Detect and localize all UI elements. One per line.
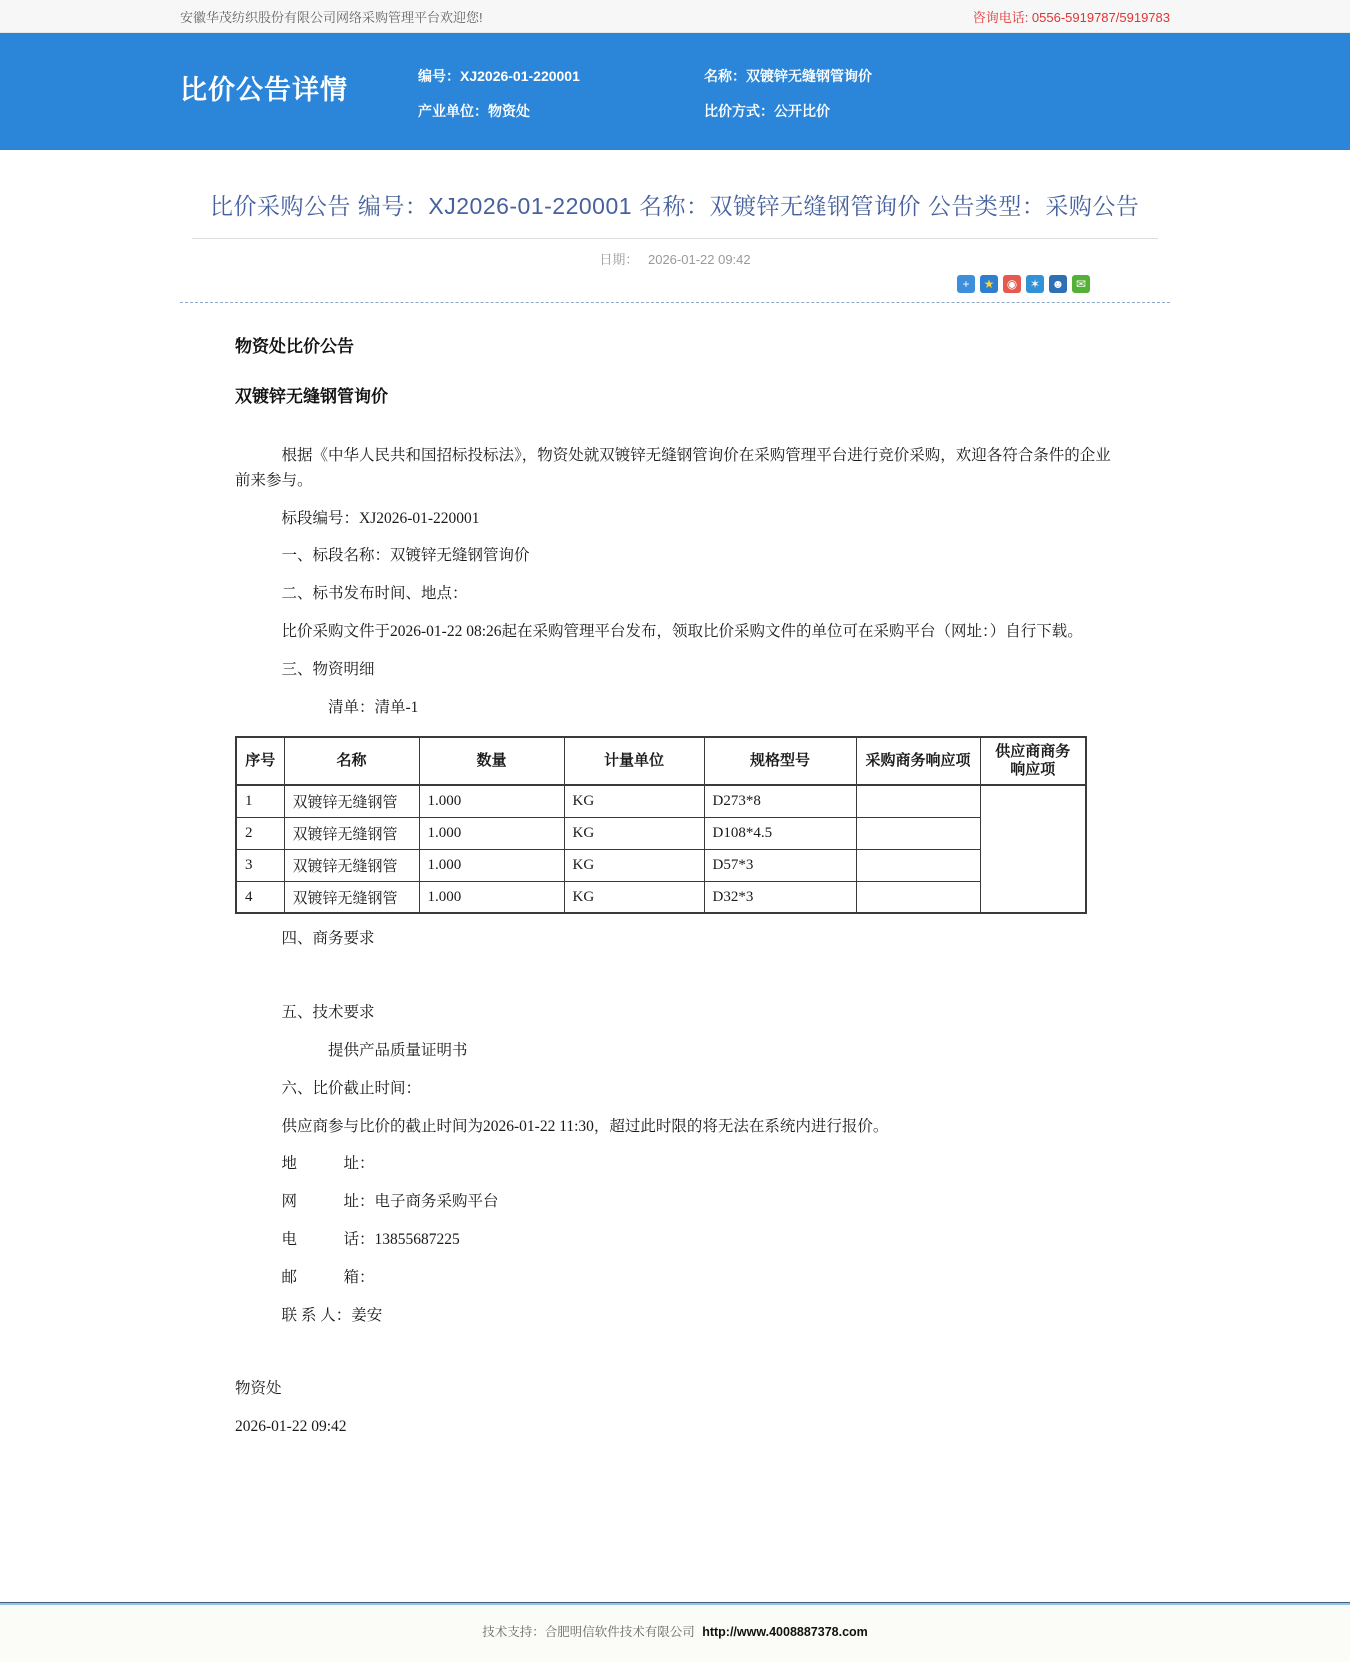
table-cell <box>856 849 980 881</box>
table-cell <box>856 881 980 913</box>
article-paragraph: 联 系 人：姜安 <box>235 1304 1115 1329</box>
table-cell: 双镀锌无缝钢管 <box>284 881 419 913</box>
article-paragraph: 三、物资明细 <box>235 658 1115 683</box>
table-cell: KG <box>564 785 704 817</box>
table-cell: D32*3 <box>704 881 856 913</box>
table-cell: 2 <box>236 817 284 849</box>
banner-fields: 编号：XJ2026-01-220001名称：双镀锌无缝钢管询价产业单位：物资处比… <box>418 60 872 121</box>
article-heading: 双镀锌无缝钢管询价 <box>235 382 1115 407</box>
article-paragraph: 清单：清单-1 <box>235 696 1115 721</box>
table-cell: 1.000 <box>419 881 564 913</box>
banner-field-0: 编号：XJ2026-01-220001 <box>418 66 704 86</box>
article-paragraph: 2026-01-22 09:42 <box>235 1415 1115 1440</box>
table-row: 2双镀锌无缝钢管1.000KGD108*4.5 <box>236 817 1086 849</box>
table-cell: KG <box>564 881 704 913</box>
table-header-cell-6: 供应商商务响应项 <box>980 737 1086 785</box>
table-cell <box>856 817 980 849</box>
vertical-spacer <box>235 952 1115 988</box>
table-cell: 双镀锌无缝钢管 <box>284 849 419 881</box>
welcome-text: 安徽华茂纺织股份有限公司网络采购管理平台欢迎您! <box>180 7 483 26</box>
table-cell: KG <box>564 849 704 881</box>
article-paragraph: 邮 箱： <box>235 1266 1115 1291</box>
date-label: 日期： <box>599 252 638 267</box>
page-title: 比价公告详情 <box>180 60 418 121</box>
page-header-banner: 比价公告详情 编号：XJ2026-01-220001名称：双镀锌无缝钢管询价产业… <box>0 33 1350 150</box>
article-paragraph: 供应商参与比价的截止时间为2026-01-22 11:30，超过此时限的将无法在… <box>235 1115 1115 1140</box>
table-cell: KG <box>564 817 704 849</box>
table-header-cell-3: 计量单位 <box>564 737 704 785</box>
article-paragraph: 根据《中华人民共和国招标投标法》，物资处就双镀锌无缝钢管询价在采购管理平台进行竞… <box>235 444 1115 494</box>
article-paragraph: 四、商务要求 <box>235 927 1115 952</box>
date-value: 2026-01-22 09:42 <box>648 252 751 267</box>
table-head: 序号名称数量计量单位规格型号采购商务响应项供应商商务响应项 <box>236 737 1086 785</box>
table-cell: D57*3 <box>704 849 856 881</box>
share-sina-weibo-icon[interactable]: ◉ <box>1003 275 1021 293</box>
table-cell <box>856 785 980 817</box>
materials-table: 序号名称数量计量单位规格型号采购商务响应项供应商商务响应项 1双镀锌无缝钢管1.… <box>235 736 1087 914</box>
article-paragraph: 网 址：电子商务采购平台 <box>235 1190 1115 1215</box>
article-paragraph: 比价采购文件于2026-01-22 08:26起在采购管理平台发布，领取比价采购… <box>235 620 1115 645</box>
table-header-cell-1: 名称 <box>284 737 419 785</box>
table-cell: 双镀锌无缝钢管 <box>284 785 419 817</box>
table-cell: 1.000 <box>419 849 564 881</box>
article-paragraph: 地 址： <box>235 1152 1115 1177</box>
table-cell: 4 <box>236 881 284 913</box>
table-header-cell-0: 序号 <box>236 737 284 785</box>
publish-date-row: 日期： 2026-01-22 09:42 <box>180 239 1170 268</box>
table-header-cell-2: 数量 <box>419 737 564 785</box>
banner-field-1: 名称：双镀锌无缝钢管询价 <box>704 66 872 86</box>
page-footer: 技术支持：合肥明信软件技术有限公司 http://www.4008887378.… <box>0 1602 1350 1662</box>
article-heading: 物资处比价公告 <box>235 332 1115 357</box>
table-row: 4双镀锌无缝钢管1.000KGD32*3 <box>236 881 1086 913</box>
top-utility-bar: 安徽华茂纺织股份有限公司网络采购管理平台欢迎您! 咨询电话: 0556-5919… <box>0 0 1350 33</box>
article-paragraph: 一、标段名称：双镀锌无缝钢管询价 <box>235 544 1115 569</box>
article-paragraph: 提供产品质量证明书 <box>235 1039 1115 1064</box>
banner-field-3: 比价方式：公开比价 <box>704 101 872 121</box>
table-cell: 3 <box>236 849 284 881</box>
table-cell: D108*4.5 <box>704 817 856 849</box>
table-cell: D273*8 <box>704 785 856 817</box>
vertical-spacer <box>235 1328 1115 1364</box>
consult-phone: 咨询电话: 0556-5919787/5919783 <box>973 7 1170 26</box>
article-paragraph: 五、技术要求 <box>235 1001 1115 1026</box>
share-renren-icon[interactable]: ☻ <box>1049 275 1067 293</box>
share-wechat-icon[interactable]: ✉ <box>1072 275 1090 293</box>
notice-title: 比价采购公告 编号：XJ2026-01-220001 名称：双镀锌无缝钢管询价 … <box>210 188 1170 221</box>
banner-field-2: 产业单位：物资处 <box>418 101 704 121</box>
article-paragraph: 标段编号：XJ2026-01-220001 <box>235 507 1115 532</box>
vertical-gap <box>235 407 1115 431</box>
article-paragraph: 二、标书发布时间、地点： <box>235 582 1115 607</box>
article-paragraph: 六、比价截止时间： <box>235 1077 1115 1102</box>
table-header-row: 序号名称数量计量单位规格型号采购商务响应项供应商商务响应项 <box>236 737 1086 785</box>
table-cell: 1.000 <box>419 817 564 849</box>
share-buttons: +★◉✶☻✉ <box>180 268 1170 294</box>
share-more-icon[interactable]: + <box>957 275 975 293</box>
article-paragraph: 物资处 <box>235 1377 1115 1402</box>
table-header-cell-5: 采购商务响应项 <box>856 737 980 785</box>
article-paragraph: 电 话：13855687225 <box>235 1228 1115 1253</box>
table-cell: 1 <box>236 785 284 817</box>
table-header-cell-4: 规格型号 <box>704 737 856 785</box>
table-row: 3双镀锌无缝钢管1.000KGD57*3 <box>236 849 1086 881</box>
table-row: 1双镀锌无缝钢管1.000KGD273*8 <box>236 785 1086 817</box>
share-tencent-weibo-icon[interactable]: ✶ <box>1026 275 1044 293</box>
table-body: 1双镀锌无缝钢管1.000KGD273*82双镀锌无缝钢管1.000KGD108… <box>236 785 1086 913</box>
share-qzone-icon[interactable]: ★ <box>980 275 998 293</box>
support-url-link[interactable]: http://www.4008887378.com <box>702 1625 868 1639</box>
announcement-body: 物资处比价公告双镀锌无缝钢管询价根据《中华人民共和国招标投标法》，物资处就双镀锌… <box>180 303 1170 1440</box>
table-cell: 双镀锌无缝钢管 <box>284 817 419 849</box>
table-cell: 1.000 <box>419 785 564 817</box>
supplier-response-merged-cell <box>980 785 1086 913</box>
support-text: 技术支持：合肥明信软件技术有限公司 <box>482 1625 695 1639</box>
page: 安徽华茂纺织股份有限公司网络采购管理平台欢迎您! 咨询电话: 0556-5919… <box>0 0 1350 1662</box>
